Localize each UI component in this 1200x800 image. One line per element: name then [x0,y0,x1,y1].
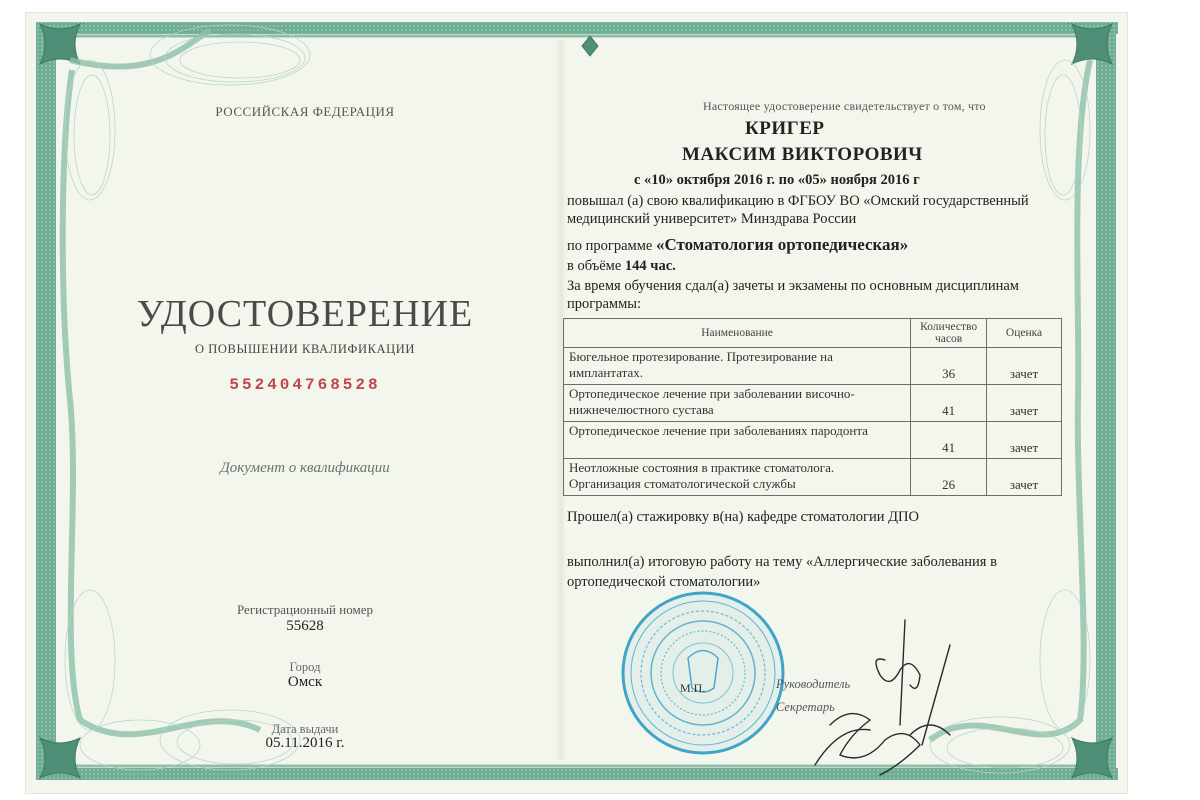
discipline-hours: 41 [911,422,987,459]
training-period: с «10» октября 2016 г. по «05» ноября 20… [634,172,920,189]
qualification-text: повышал (а) свою квалификацию в ФГБОУ ВО… [567,192,1062,228]
final-work-text: выполнил(а) итоговую работу на тему «Алл… [567,552,1067,592]
registration-label: Регистрационный номер [60,602,550,618]
discipline-grade: зачет [987,459,1062,496]
city-value: Омск [60,674,550,691]
issue-date-value: 05.11.2016 г. [60,735,550,752]
signature-icon [810,615,970,785]
table-row: Ортопедическое лечение при заболевании в… [564,385,1062,422]
left-page: РОССИЙСКАЯ ФЕДЕРАЦИЯ УДОСТОВЕРЕНИЕ О ПОВ… [60,60,550,760]
table-row: Бюгельное протезирование. Протезирование… [564,348,1062,385]
header-name: Наименование [564,319,911,348]
header-hours: Количество часов [911,319,987,348]
registration-value: 55628 [60,618,550,635]
intro-text: Настоящее удостоверение свидетельствует … [703,99,986,114]
program-prefix: по программе [567,238,652,254]
stamp-label: М.П. [680,681,705,696]
program-line: по программе «Стоматология ортопедическа… [567,236,908,255]
serial-number: 552404768528 [60,376,550,394]
volume-line: в объёме 144 час. [567,257,676,275]
discipline-grade: зачет [987,385,1062,422]
holder-name: МАКСИМ ВИКТОРОВИЧ [682,144,923,166]
discipline-name: Ортопедическое лечение при заболевании в… [564,385,911,422]
country-heading: РОССИЙСКАЯ ФЕДЕРАЦИЯ [60,104,550,120]
discipline-grade: зачет [987,422,1062,459]
discipline-hours: 41 [911,385,987,422]
disciplines-table: Наименование Количество часов Оценка Бюг… [563,318,1062,496]
document-subtitle: О ПОВЫШЕНИИ КВАЛИФИКАЦИИ [60,342,550,357]
document-title: УДОСТОВЕРЕНИЕ [60,292,550,336]
discipline-name: Бюгельное протезирование. Протезирование… [564,348,911,385]
discipline-hours: 26 [911,459,987,496]
internship-text: Прошел(а) стажировку в(на) кафедре стома… [567,509,919,526]
program-name: «Стоматология ортопедическая» [656,235,908,254]
table-row: Неотложные состояния в практике стоматол… [564,459,1062,496]
volume-prefix: в объёме [567,258,621,274]
discipline-grade: зачет [987,348,1062,385]
exams-text: За время обучения сдал(а) зачеты и экзам… [567,277,1062,313]
discipline-name: Неотложные состояния в практике стоматол… [564,459,911,496]
discipline-name: Ортопедическое лечение при заболеваниях … [564,422,911,459]
header-grade: Оценка [987,319,1062,348]
table-header-row: Наименование Количество часов Оценка [564,319,1062,348]
city-label: Город [60,660,550,675]
holder-surname: КРИГЕР [745,118,825,140]
discipline-hours: 36 [911,348,987,385]
volume-value: 144 час. [625,258,676,274]
table-row: Ортопедическое лечение при заболеваниях … [564,422,1062,459]
official-seal-icon [618,588,788,758]
document-kind: Документ о квалификации [60,460,550,477]
